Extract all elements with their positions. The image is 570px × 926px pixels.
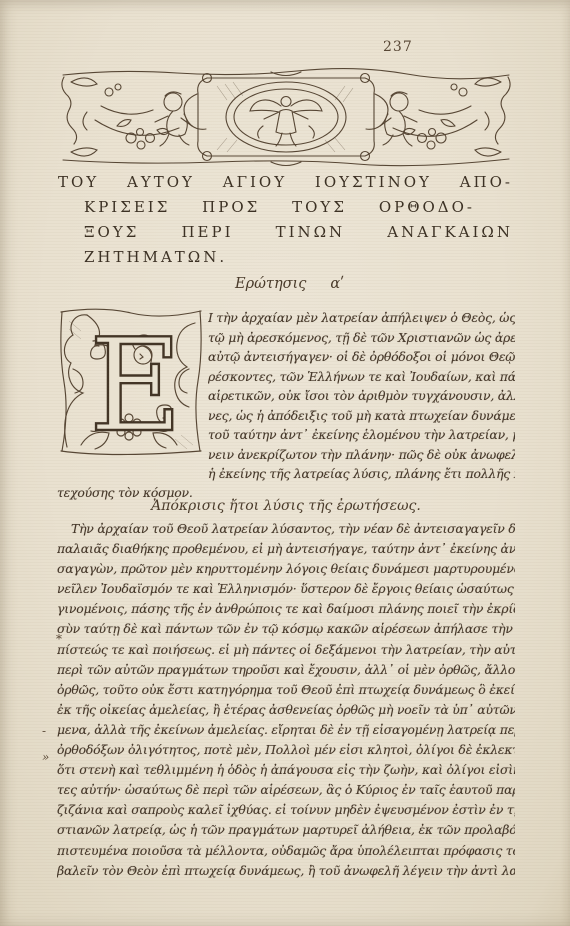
title-line-4: ΖΗΤΗΜΑΤΩΝ. bbox=[58, 245, 513, 270]
chapter-title: ΤΟΥ ΑΥΤΟΥ ΑΓΙΟΥ ΙΟΥΣΤΙΝΟΥ ΑΠΟ- ΚΡΙΣΕΙΣ Π… bbox=[58, 170, 513, 270]
question-heading: Ερώτησιςαʹ bbox=[57, 276, 515, 292]
answer-text-line: μενα, ἀλλὰ τῆς ἐκείνων ἀμελείας. εἴρηται… bbox=[57, 720, 515, 740]
margin-dash-mark: - bbox=[42, 724, 46, 738]
title-line-1: ΤΟΥ ΑΥΤΟΥ ΑΓΙΟΥ ΙΟΥΣΤΙΝΟΥ ΑΠΟ- bbox=[58, 170, 513, 195]
answer-text-line: σὺν ταύτῃ δὲ καὶ πάντων τῶν ἐν τῷ κόσμῳ … bbox=[57, 619, 515, 639]
drop-cap-letter: E bbox=[89, 312, 182, 457]
question-heading-label: Ερώτησις bbox=[235, 276, 306, 292]
title-line-2: ΚΡΙΣΕΙΣ ΠΡΟΣ ΤΟΥΣ ΟΡΘΟΔΟ- bbox=[58, 195, 513, 220]
margin-asterisk-mark: * bbox=[56, 632, 62, 646]
answer-text-line: ἐκ τῆς οἰκείας ἀμελείας, ἢ ἑτέρας ἀσθενε… bbox=[57, 700, 515, 720]
drop-cap-initial-woodcut: E bbox=[57, 305, 205, 457]
answer-text-line: Τὴν ἀρχαίαν τοῦ Θεοῦ λατρείαν λύσαντος, … bbox=[57, 519, 515, 539]
answer-text-line: σαγαγὼν, πρῶτον μὲν κηρυττομένην λόγοις … bbox=[57, 559, 515, 579]
page-number: 237 bbox=[383, 39, 443, 55]
answer-text-line: βαλεῖν τὸν Θεὸν ἐπὶ πτωχείᾳ δυνάμεως, ἢ … bbox=[57, 861, 515, 881]
answer-text-line: ὀρθοδόξων ὀλιγότητος, ποτὲ μὲν, Πολλοὶ μ… bbox=[57, 740, 515, 760]
answer-text-line: πίστεώς τε καὶ ποιήσεως. εἰ μὴ πάντες οἱ… bbox=[57, 640, 515, 660]
question-text-line: ρέσκοντες, τῶν Ἑλλήνων τε καὶ Ἰουδαίων, … bbox=[208, 367, 515, 387]
answer-text-line: ὅτι στενὴ καὶ τεθλιμμένη ἡ ὁδὸς ἡ ἀπάγου… bbox=[57, 760, 515, 780]
answer-text-line: πιστευμένα ποιοῦσα τὰ μέλλοντα, οὐδαμῶς … bbox=[57, 841, 515, 861]
answer-text-line: ὀρθῶς, τοῦτο οὐκ ἔστι κατηγόρημα τοῦ Θεο… bbox=[57, 680, 515, 700]
title-line-3: ΞΟΥΣ ΠΕΡΙ ΤΙΝΩΝ ΑΝΑΓΚΑΙΩΝ bbox=[58, 220, 513, 245]
answer-text-line: παλαιᾶς διαθήκης προθεμένου, εἰ μὴ ἀντει… bbox=[57, 539, 515, 559]
question-text-line: αἱρετικῶν, οὐκ ἴσοι τὸν ἀριθμὸν τυγχάνου… bbox=[208, 386, 515, 406]
answer-text-line: τες αὐτήν· ὡσαύτως δὲ περὶ τῶν αἱρέσεων,… bbox=[57, 780, 515, 800]
book-page-scan: 237 bbox=[0, 0, 570, 926]
question-text-line: τοῦ ταύτην ἀντ᾽ ἐκείνης ἑλομένου τὴν λατ… bbox=[208, 425, 515, 445]
question-number: αʹ bbox=[330, 276, 344, 292]
answer-text-line: ζιζάνια καὶ σαπροὺς καλεῖ ἰχθύας. εἰ τοί… bbox=[57, 800, 515, 820]
question-text-line: αὐτῷ ἀντεισήγαγεν· οἱ δὲ ὀρθόδοξοι οἱ μό… bbox=[208, 347, 515, 367]
question-text-block: Ι τὴν ἀρχαίαν μὲν λατρείαν ἀπήλειψεν ὁ Θ… bbox=[208, 302, 515, 484]
answer-section: Τὴν ἀρχαίαν τοῦ Θεοῦ λατρείαν λύσαντος, … bbox=[57, 519, 515, 881]
headpiece-ornament-woodcut bbox=[57, 66, 515, 168]
answer-text-line: περὶ τῶν αὐτῶν πραγμάτων τηροῦσι καὶ ἔχο… bbox=[57, 660, 515, 680]
question-text-line: τῷ μὴ ἀρεσκόμενος, τῇ δὲ τῶν Χριστιανῶν … bbox=[208, 328, 515, 348]
answer-text-line: γινομένοις, πάσης τῆς ἐν ἀνθρώποις τε κα… bbox=[57, 599, 515, 619]
question-text-line: ἡ ἐκείνης τῆς λατρείας λύσις, πλάνης ἔτι… bbox=[208, 464, 515, 484]
question-text-line: νες, ὡς ἡ ἀπόδειξις τοῦ μὴ κατὰ πτωχείαν… bbox=[208, 406, 515, 426]
question-text-line: νειν ἀνεκρίζωτον τὴν πλάνην· πῶς δὲ οὐκ … bbox=[208, 445, 515, 465]
question-text-line: Ι τὴν ἀρχαίαν μὲν λατρείαν ἀπήλειψεν ὁ Θ… bbox=[208, 308, 515, 328]
margin-quote-mark: » bbox=[42, 750, 49, 764]
answer-text-line: νεῖλεν Ἰουδαϊσμόν τε καὶ Ἑλληνισμόν· ὕστ… bbox=[57, 579, 515, 599]
answer-text-line: στιανῶν λατρείᾳ, ὡς ἡ τῶν πραγμάτων μαρτ… bbox=[57, 820, 515, 840]
answer-heading: Ἀπόκρισις ἤτοι λύσις τῆς ἐρωτήσεως. bbox=[57, 498, 515, 514]
question-section: E Ι τὴν ἀρχαίαν μὲν λατρείαν ἀπήλειψεν ὁ… bbox=[57, 302, 515, 501]
